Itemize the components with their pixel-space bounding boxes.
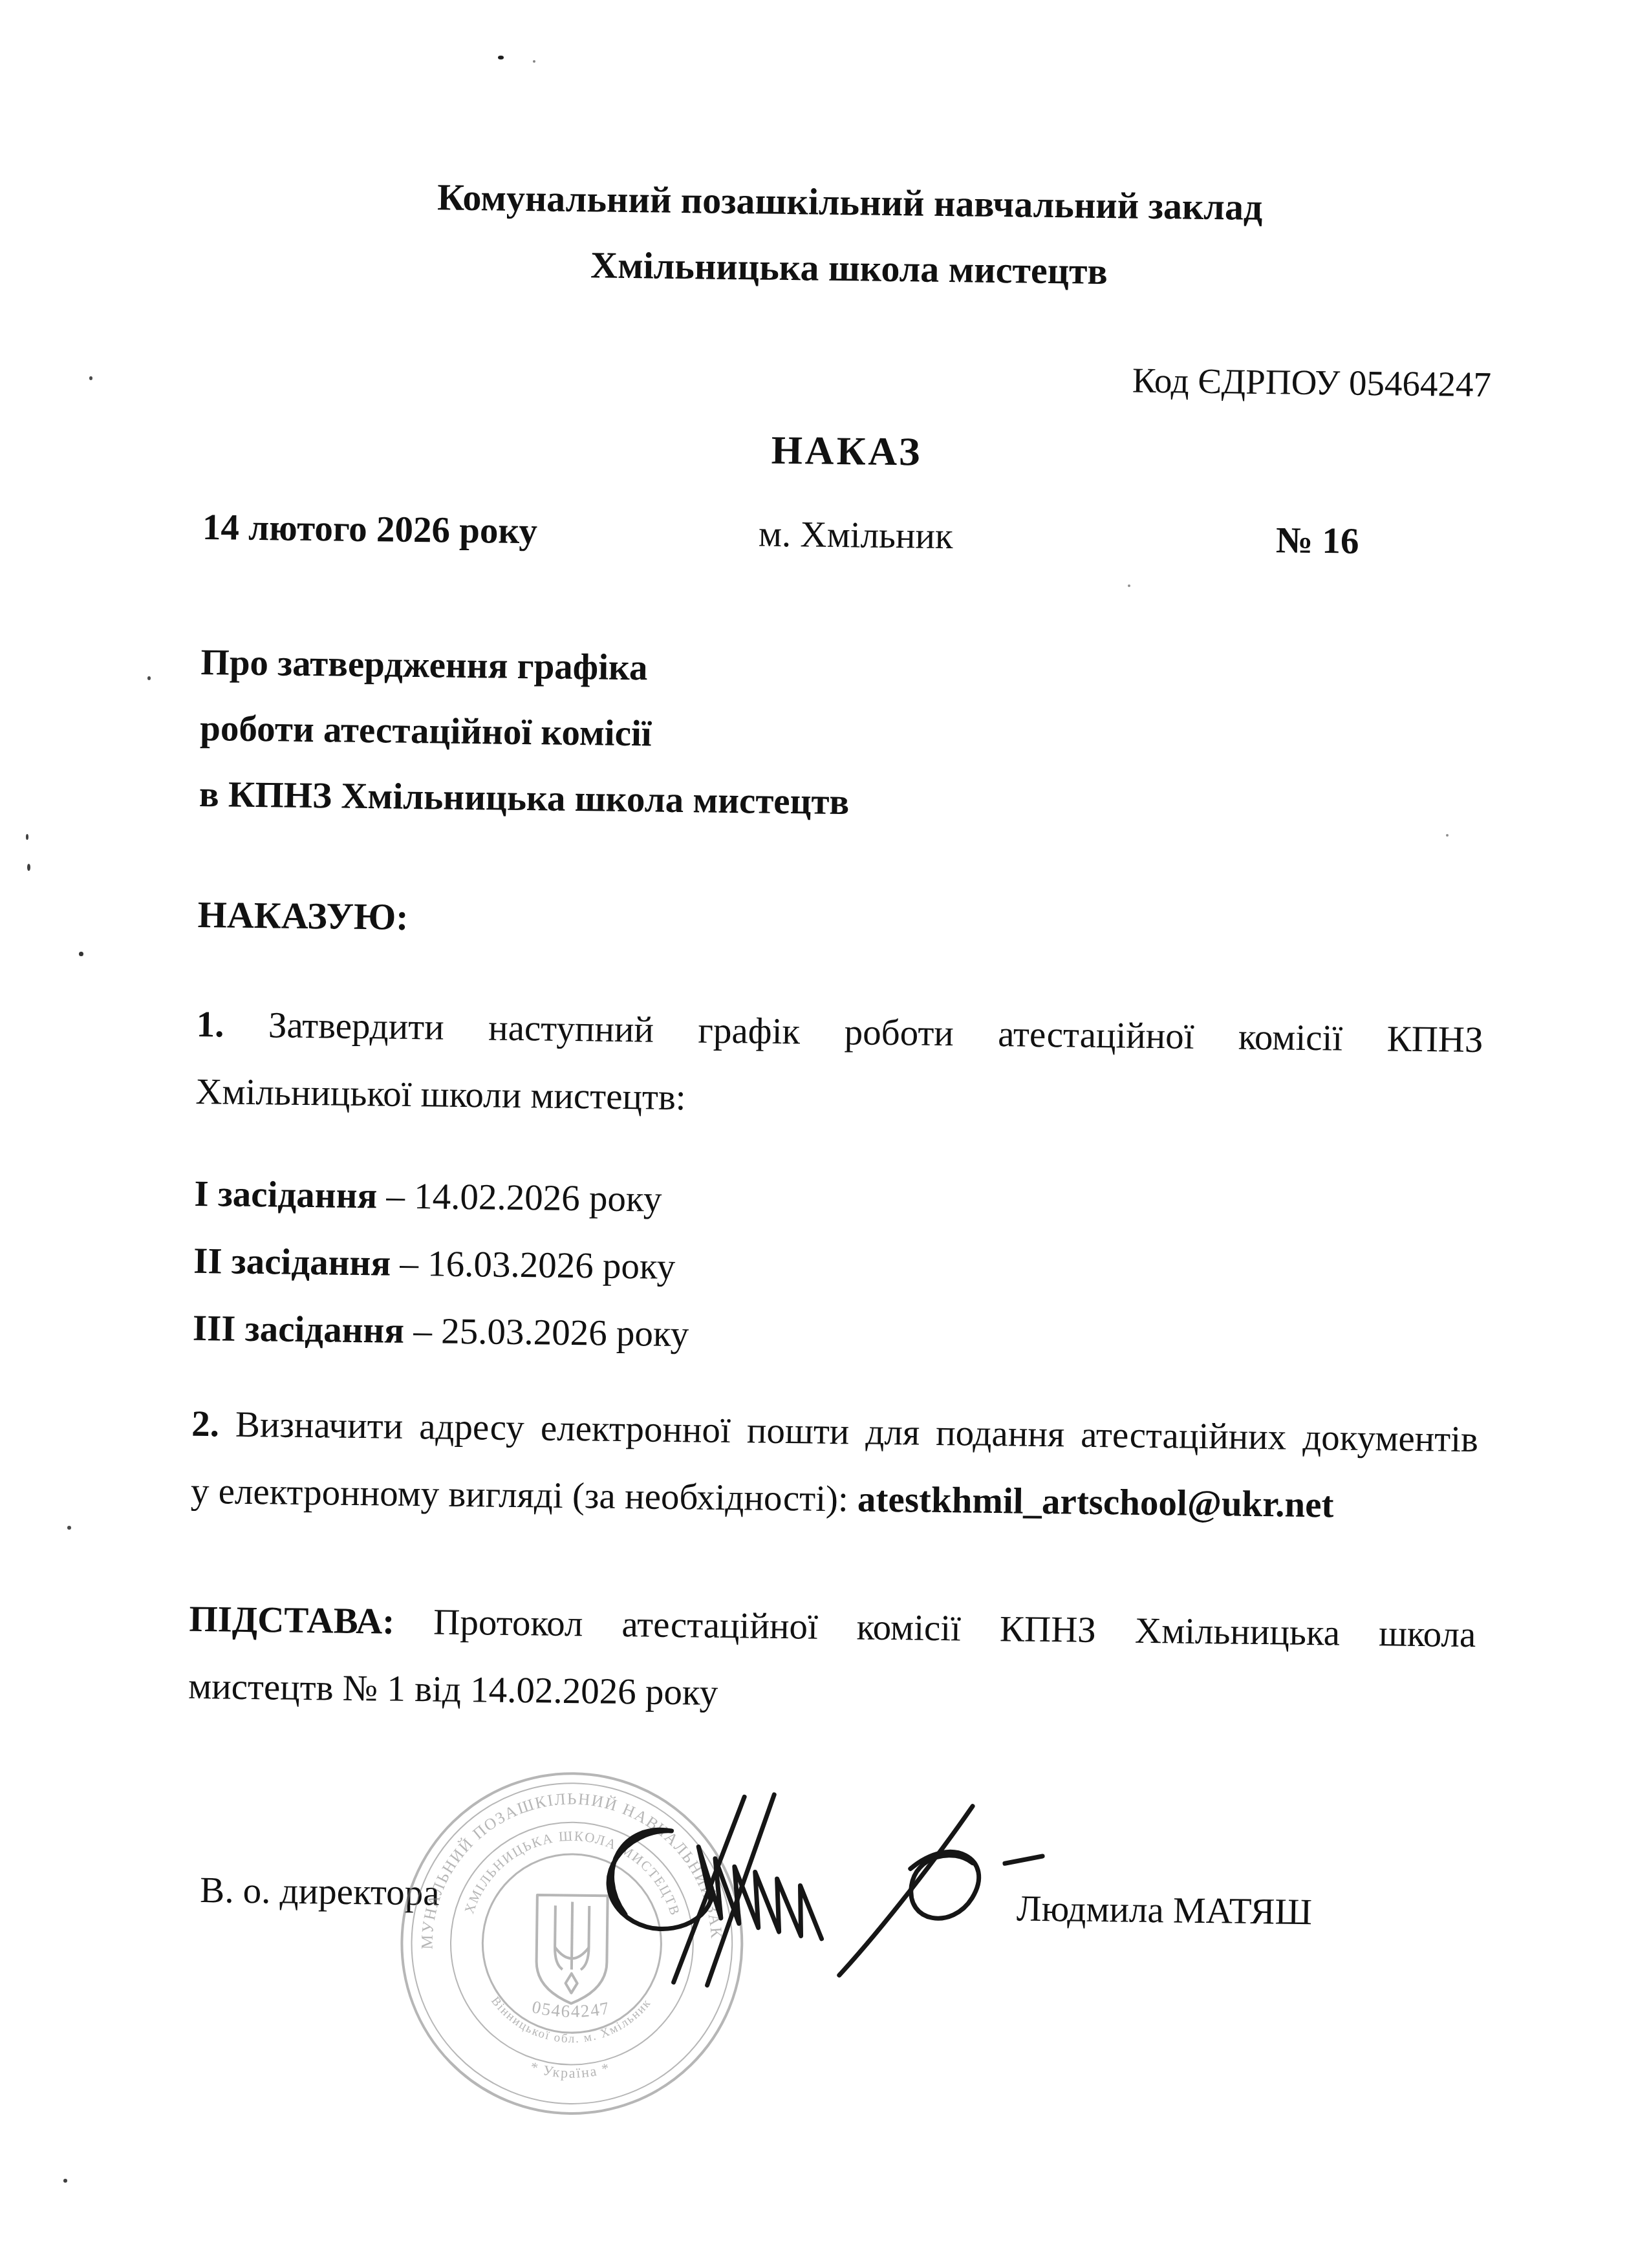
basis-section: ПІДСТАВА: Протокол атестаційної комісії …: [188, 1586, 1476, 1736]
scan-artifact-speck: [79, 952, 83, 956]
session-schedule-list: І засідання – 14.02.2026 року ІІ засідан…: [192, 1161, 1482, 1378]
order-item-2: 2. Визначити адресу електронної пошти дл…: [190, 1391, 1478, 1541]
session-2-date: – 16.03.2026 року: [400, 1243, 676, 1287]
order-date: 14 лютого 2026 року: [202, 502, 759, 561]
session-1-label: І засідання: [194, 1173, 378, 1216]
order-number: № 16: [1275, 515, 1489, 569]
order-city: м. Хмільник: [759, 508, 1277, 566]
signature-block: В. о. директора КОМУНАЛЬНИЙ ПОЗАШКІЛЬН: [183, 1758, 1474, 2161]
scan-artifact-speck: [63, 2179, 67, 2183]
stamp-country-text: * Україна *: [528, 2059, 612, 2082]
attestation-email: atestkhmil_artschool@ukr.net: [857, 1479, 1334, 1525]
order-subject: Про затвердження графіка роботи атестаці…: [199, 630, 1488, 843]
scan-artifact-speck: [533, 60, 535, 63]
item-2-number: 2.: [191, 1404, 220, 1445]
scanned-order-page: Комунальний позашкільний навчальний закл…: [0, 0, 1649, 2268]
edrpou-code-line: Код ЄДРПОУ 05464247: [204, 347, 1492, 407]
session-3-label: ІІІ засідання: [193, 1308, 405, 1351]
scan-artifact-speck: [26, 834, 28, 840]
item-1-number: 1.: [196, 1004, 224, 1045]
item-2-text: Визначити адресу електронної пошти для п…: [235, 1404, 1479, 1460]
item-1-text: Затвердити наступний графік роботи атест…: [268, 1005, 1483, 1060]
document-title: НАКАЗ: [203, 418, 1491, 485]
scan-artifact-speck: [147, 676, 151, 680]
handwritten-signature-icon: [546, 1766, 1067, 2025]
order-verb: НАКАЗУЮ:: [197, 889, 1485, 956]
scan-artifact-speck: [498, 56, 504, 59]
session-3-date: – 25.03.2026 року: [413, 1311, 689, 1354]
date-city-number-row: 14 лютого 2026 року м. Хмільник № 16: [202, 502, 1490, 569]
scan-artifact-speck: [27, 864, 30, 871]
order-item-1: 1. Затвердити наступний графік роботи ат…: [195, 991, 1483, 1141]
scan-artifact-speck: [1128, 584, 1130, 587]
scan-artifact-speck: [89, 376, 92, 380]
scan-artifact-speck: [1446, 834, 1449, 837]
scan-artifact-speck: [67, 1526, 71, 1530]
basis-text: Протокол атестаційної комісії КПНЗ Хміль…: [433, 1601, 1476, 1655]
session-1-date: – 14.02.2026 року: [386, 1176, 662, 1220]
signer-name: Людмила МАТЯШ: [1017, 1888, 1313, 1934]
organization-header: Комунальний позашкільний навчальний закл…: [206, 162, 1494, 309]
session-2-label: ІІ засідання: [193, 1241, 391, 1284]
stamp-country-textpath: * Україна *: [528, 2059, 612, 2082]
item-2-text-continued: у електронному вигляді (за необхідності)…: [190, 1471, 848, 1519]
basis-label: ПІДСТАВА:: [189, 1599, 395, 1642]
document-content: Комунальний позашкільний навчальний закл…: [183, 162, 1494, 2161]
